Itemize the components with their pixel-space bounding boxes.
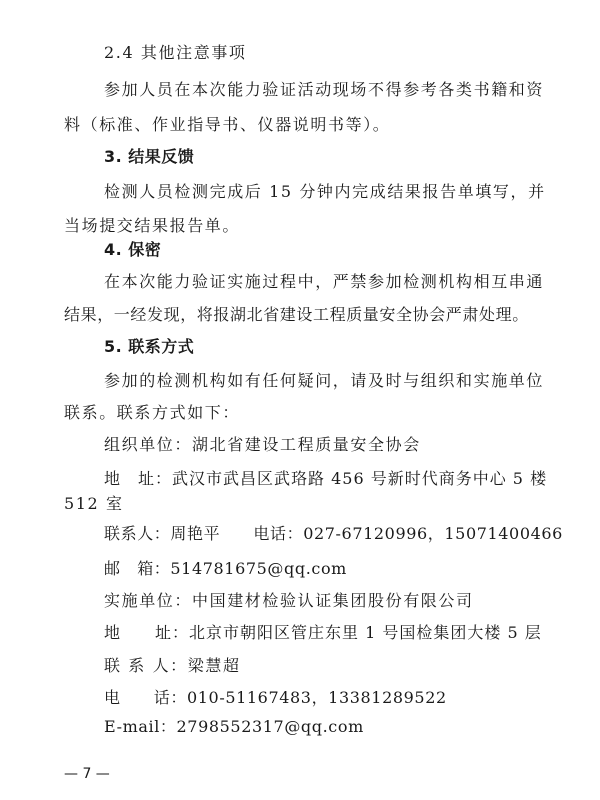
- section-3-heading: 3. 结果反馈: [104, 147, 194, 167]
- implementer-contact: 联 系 人：梁慧超: [104, 656, 241, 676]
- paragraph-line: 参加人员在本次能力验证活动现场不得参考各类书籍和资: [104, 80, 544, 100]
- organizer-unit: 组织单位：湖北省建设工程质量安全协会: [104, 435, 421, 455]
- organizer-address-cont: 512 室: [64, 494, 124, 514]
- section-5-heading: 5. 联系方式: [104, 337, 194, 357]
- organizer-address: 地 址：武汉市武昌区武珞路 456 号新时代商务中心 5 楼: [104, 469, 547, 489]
- paragraph-line: 检测人员检测完成后 15 分钟内完成结果报告单填写，并: [104, 182, 546, 202]
- section-4-heading: 4. 保密: [104, 240, 161, 260]
- paragraph-line: 参加的检测机构如有任何疑问，请及时与组织和实施单位: [104, 371, 544, 391]
- implementer-address: 地 址：北京市朝阳区管庄东里 1 号国检集团大楼 5 层: [104, 623, 542, 643]
- paragraph-line: 料（标准、作业指导书、仪器说明书等）。: [64, 115, 390, 135]
- paragraph-line: 结果，一经发现，将报湖北省建设工程质量安全协会严肃处理。: [64, 305, 529, 325]
- paragraph-line: 在本次能力验证实施过程中，严禁参加检测机构相互串通: [104, 272, 544, 292]
- implementer-email: E-mail：2798552317@qq.com: [104, 717, 364, 737]
- organizer-email: 邮 箱：514781675@qq.com: [104, 559, 347, 579]
- paragraph-line: 联系。联系方式如下：: [64, 403, 240, 423]
- paragraph-line: 当场提交结果报告单。: [64, 216, 240, 236]
- organizer-contact: 联系人：周艳平 电话：027-67120996，15071400466: [104, 524, 563, 544]
- implementer-phone: 电 话：010-51167483，13381289522: [104, 688, 447, 708]
- page-number: — 7 —: [64, 766, 110, 782]
- implementer-unit: 实施单位：中国建材检验认证集团股份有限公司: [104, 591, 474, 611]
- section-2-4-title: 2.4 其他注意事项: [104, 43, 247, 63]
